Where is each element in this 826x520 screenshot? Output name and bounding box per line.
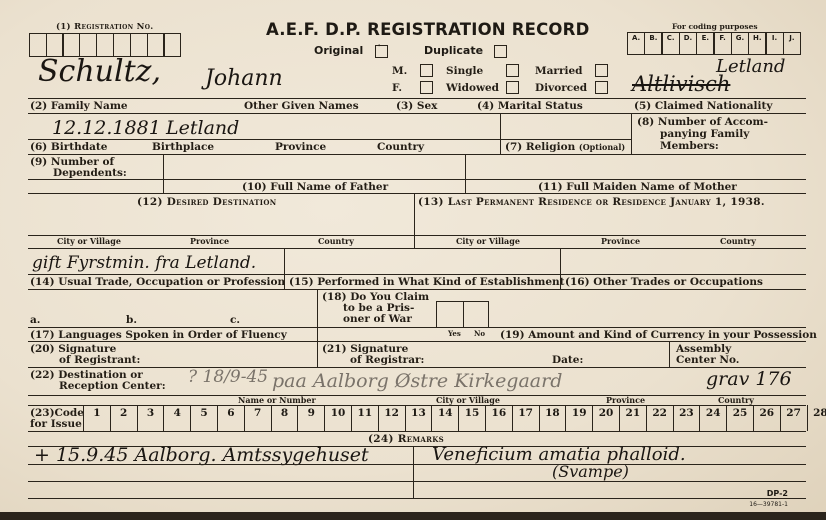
res-city-label: City or Village [456, 236, 520, 246]
divorced-checkbox[interactable] [595, 81, 608, 94]
res-province-label: Province [601, 236, 640, 246]
divider [669, 341, 670, 367]
occupation-value: gift Fyrstmin. fra Letland. [32, 253, 256, 273]
marital-status-label: (4) Marital Status [477, 100, 583, 112]
destination-country-value: grav 176 [706, 368, 792, 390]
sex-f-label: F. [392, 82, 402, 94]
pow-label-3: oner of War [343, 313, 412, 325]
issue-code-cell[interactable]: 1 [83, 405, 110, 431]
languages-label: (17) Languages Spoken in Order of Fluenc… [30, 329, 287, 341]
pow-no-box[interactable] [462, 301, 489, 328]
issue-code-cell[interactable]: 6 [217, 405, 244, 431]
married-checkbox[interactable] [595, 64, 608, 77]
coding-cell: H. [748, 32, 767, 55]
accompanying-label-1: (8) Number of Accom- [637, 116, 768, 128]
lang-a-label: a. [30, 314, 40, 326]
issue-code-cell[interactable]: 10 [324, 405, 351, 431]
divider [414, 193, 415, 248]
single-label: Single [446, 65, 483, 77]
coding-cell: A. [627, 32, 646, 55]
coding-purposes-label: For coding purposes [672, 22, 758, 31]
divider [28, 139, 500, 140]
dest-province-label: Province [190, 236, 229, 246]
divider [28, 274, 806, 275]
issue-code-cell[interactable]: 15 [458, 405, 485, 431]
coding-cell: J. [783, 32, 802, 55]
given-names-label: Other Given Names [244, 100, 359, 112]
country-label: Country [377, 141, 424, 153]
issue-code-cell[interactable]: 4 [163, 405, 190, 431]
coding-cell: G. [731, 32, 750, 55]
date-label: Date: [552, 354, 583, 366]
divider [28, 395, 806, 396]
birthplace-label: Birthplace [152, 141, 214, 153]
lang-b-label: b. [126, 314, 137, 326]
issue-code-cell[interactable]: 25 [726, 405, 753, 431]
divider [28, 289, 806, 290]
issue-code-cell[interactable]: 7 [244, 405, 271, 431]
desired-destination-label: (12) Desired Destination [137, 196, 276, 208]
res-country-label: Country [720, 236, 756, 246]
divider [28, 98, 806, 99]
issue-code-cell[interactable]: 17 [512, 405, 539, 431]
issue-code-cell[interactable]: 23 [673, 405, 700, 431]
issue-code-cell[interactable]: 28 [807, 405, 826, 431]
divider [28, 431, 806, 432]
coding-cell: B. [644, 32, 663, 55]
issue-code-cell[interactable]: 20 [592, 405, 619, 431]
issue-code-cell[interactable]: 11 [351, 405, 378, 431]
divider [28, 235, 806, 236]
issue-code-cell[interactable]: 16 [485, 405, 512, 431]
performed-in-label: (15) Performed in What Kind of Establish… [289, 276, 565, 288]
mother-label: (11) Full Maiden Name of Mother [538, 181, 737, 193]
divider [500, 113, 501, 155]
divider [28, 113, 806, 114]
divider [28, 327, 806, 328]
pow-no-label: No [474, 329, 485, 338]
last-residence-label: (13) Last Permanent Residence or Residen… [418, 196, 765, 208]
divider [317, 289, 318, 341]
coding-cell: D. [679, 32, 698, 55]
sex-m-checkbox[interactable] [420, 64, 433, 77]
divider [28, 154, 806, 155]
issue-code-cell[interactable]: 9 [297, 405, 324, 431]
coding-cell: F. [713, 32, 732, 55]
issue-code-cell[interactable]: 22 [646, 405, 673, 431]
widowed-checkbox[interactable] [506, 81, 519, 94]
issue-code-cell[interactable]: 13 [405, 405, 432, 431]
pow-yes-label: Yes [448, 329, 461, 338]
widowed-label: Widowed [446, 82, 499, 94]
given-names-value: Johann [205, 66, 283, 91]
coding-cell: E. [696, 32, 715, 55]
divider [28, 367, 806, 368]
coding-grid[interactable]: A. B. C. D. E. F. G. H. I. J. [628, 32, 801, 55]
other-trades-label: (16) Other Trades or Occupations [565, 276, 763, 288]
nationality-value: Letland [716, 56, 785, 77]
coding-cell: C. [661, 32, 680, 55]
accompanying-label-3: Members: [660, 140, 719, 152]
issue-code-grid[interactable]: 1 2 3 4 5 6 7 8 9 10 11 12 13 14 15 16 1… [83, 405, 826, 431]
duplicate-checkbox[interactable] [494, 45, 507, 58]
issue-code-cell[interactable]: 19 [565, 405, 592, 431]
dest-country-label: Country [318, 236, 354, 246]
accompanying-label-2: panying Family [660, 128, 749, 140]
card-edge-shadow [0, 512, 826, 520]
coding-cell: I. [765, 32, 784, 55]
sex-m-label: M. [392, 65, 407, 77]
claimed-nationality-label: (5) Claimed Nationality [634, 100, 772, 112]
issue-code-cell[interactable]: 27 [780, 405, 807, 431]
issue-code-cell[interactable]: 14 [431, 405, 458, 431]
destination-date-value: ? 18/9-45 [188, 367, 268, 387]
father-label: (10) Full Name of Father [242, 181, 388, 193]
birthdate-value: 12.12.1881 [52, 117, 161, 139]
reception-city-label: City or Village [436, 395, 500, 405]
remarks-left-value: + 15.9.45 Aalborg. Amtssygehuset [34, 444, 369, 466]
divider [465, 154, 466, 194]
religion-label: (7) Religion (Optional) [505, 141, 625, 153]
registration-no-label: (1) Registration No. [56, 22, 154, 32]
original-label: Original [314, 44, 363, 57]
lang-c-label: c. [230, 314, 240, 326]
divider [28, 481, 806, 482]
destination-label-2: Reception Center: [59, 380, 166, 392]
divider [163, 154, 164, 194]
divider [500, 139, 631, 140]
married-label: Married [535, 65, 583, 77]
usual-trade-label: (14) Usual Trade, Occupation or Professi… [30, 276, 285, 288]
reception-country-label: Country [718, 395, 754, 405]
divider [413, 446, 414, 498]
divider [28, 193, 806, 194]
sex-label: (3) Sex [396, 100, 437, 112]
issue-code-cell[interactable]: 3 [137, 405, 164, 431]
issue-code-cell[interactable]: 12 [378, 405, 405, 431]
sig-registrant-label-2: of Registrant: [59, 354, 140, 366]
birthplace-value: Letland [166, 117, 239, 139]
family-name-label: (2) Family Name [30, 100, 128, 112]
province-label: Province [275, 141, 326, 153]
issue-code-cell[interactable]: 18 [539, 405, 566, 431]
divider [28, 498, 806, 499]
issue-code-cell[interactable]: 24 [699, 405, 726, 431]
divider [317, 341, 318, 367]
registration-card: (1) Registration No. A.E.F. D.P. REGISTR… [0, 0, 826, 520]
form-title: A.E.F. D.P. REGISTRATION RECORD [266, 20, 589, 39]
divorced-label: Divorced [535, 82, 587, 94]
destination-value: paa Aalborg Østre Kirkegaard [272, 370, 562, 392]
currency-label: (19) Amount and Kind of Currency in your… [500, 329, 817, 341]
pow-yes-box[interactable] [436, 301, 464, 328]
print-code: 16—39781-1 [749, 501, 788, 508]
divider [28, 248, 806, 249]
sig-registrar-label-2: of Registrar: [350, 354, 424, 366]
name-or-number-label: Name or Number [238, 395, 316, 405]
remarks-right-value-2: (Svampe) [552, 462, 629, 481]
religion-optional-text: (Optional) [579, 142, 625, 152]
issue-code-cell[interactable]: 5 [190, 405, 217, 431]
divider [28, 179, 806, 180]
divider [28, 464, 806, 465]
birthdate-label: (6) Birthdate [30, 141, 107, 153]
divider [631, 113, 632, 155]
issue-code-cell[interactable]: 26 [753, 405, 780, 431]
divider [28, 341, 806, 342]
issue-code-cell[interactable]: 8 [271, 405, 298, 431]
reception-province-label: Province [606, 395, 645, 405]
sex-f-checkbox[interactable] [420, 81, 433, 94]
dependents-label-2: Dependents: [53, 167, 127, 179]
dest-city-label: City or Village [57, 236, 121, 246]
assembly-label-2: Center No. [676, 354, 739, 366]
family-name-value: Schultz, [38, 54, 161, 89]
single-checkbox[interactable] [506, 64, 519, 77]
religion-label-text: (7) Religion [505, 141, 575, 153]
duplicate-label: Duplicate [424, 44, 483, 57]
form-number: DP-2 [767, 489, 788, 498]
issue-code-cell[interactable]: 2 [110, 405, 137, 431]
code-issue-label-2: for Issue [30, 418, 82, 430]
original-checkbox[interactable]: ' [375, 45, 388, 58]
issue-code-cell[interactable]: 21 [619, 405, 646, 431]
